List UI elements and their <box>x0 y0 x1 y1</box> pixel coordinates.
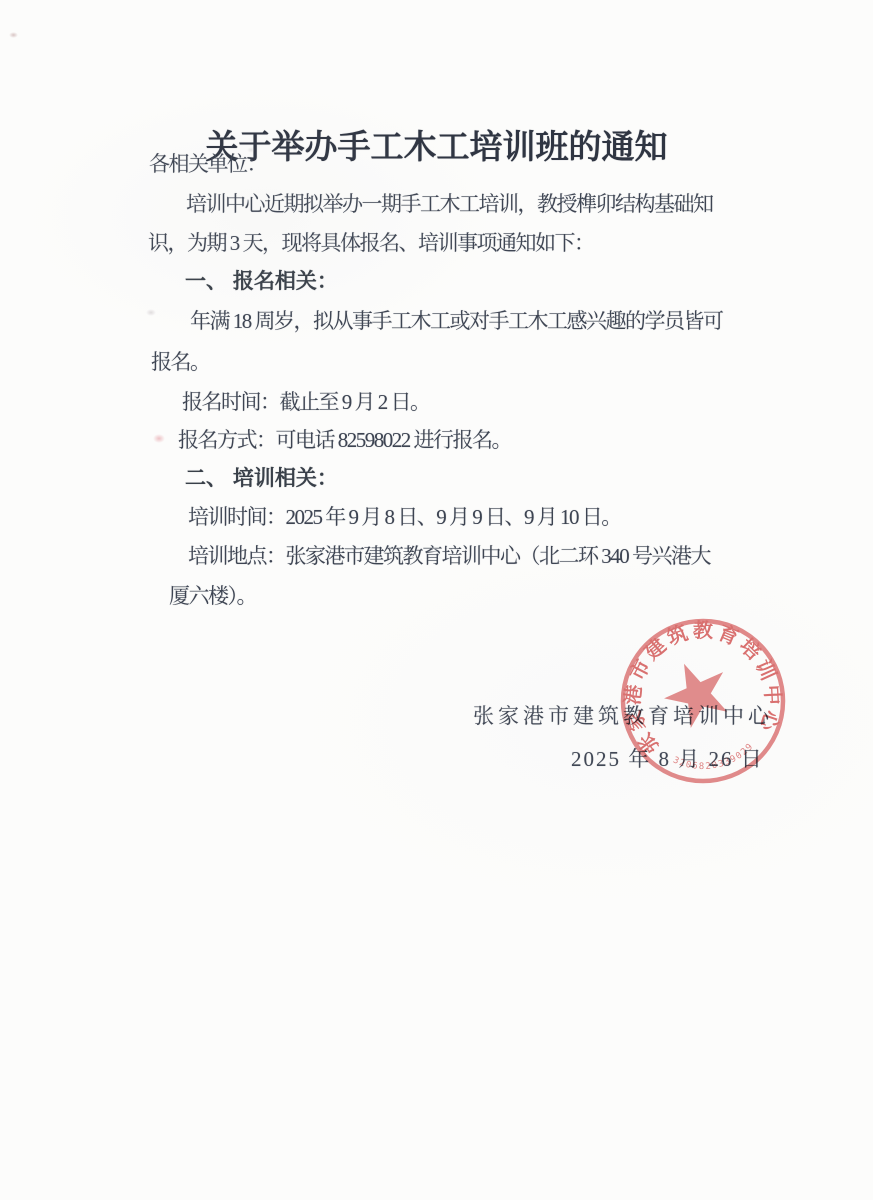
section-2-heading: 二、 培训相关： <box>185 462 338 492</box>
scan-speck <box>153 434 165 443</box>
section-2-schedule: 培训时间：2025 年 9 月 8 日、9 月 9 日、9 月 10 日。 <box>188 501 621 531</box>
document-title: 关于举办手工木工培训班的通知 <box>0 121 873 168</box>
section-1-eligibility-line-2: 报名。 <box>151 346 210 376</box>
section-1-method: 报名方式：可电话 82598022 进行报名。 <box>178 424 511 454</box>
salutation: 各相关单位： <box>149 148 266 178</box>
section-1-eligibility-line-1: 年满 18 周岁，拟从事手工木工或对手工木工感兴趣的学员皆可 <box>190 305 723 335</box>
intro-line-2: 识，为期 3 天，现将具体报名、培训事项通知如下： <box>148 227 594 257</box>
scan-speck <box>9 32 18 38</box>
intro-line-1: 培训中心近期拟举办一期手工木工培训，教授榫卯结构基础知 <box>186 188 713 218</box>
section-1-heading: 一、 报名相关： <box>185 265 338 295</box>
scanned-notice-page: 关于举办手工木工培训班的通知 各相关单位： 培训中心近期拟举办一期手工木工培训，… <box>0 0 873 1200</box>
section-2-location-line-2: 厦六楼）。 <box>169 580 256 610</box>
section-2-location-line-1: 培训地点：张家港市建筑教育培训中心（北二环 340 号兴港大 <box>188 540 710 570</box>
official-seal-stamp: 张家港市建筑教育培训中心 3206820339029 <box>603 601 802 800</box>
seal-star-icon <box>655 651 739 733</box>
seal-serial-number: 3206820339029 <box>670 740 759 778</box>
section-1-deadline: 报名时间：截止至 9 月 2 日。 <box>182 386 430 416</box>
scan-speck <box>146 309 156 316</box>
